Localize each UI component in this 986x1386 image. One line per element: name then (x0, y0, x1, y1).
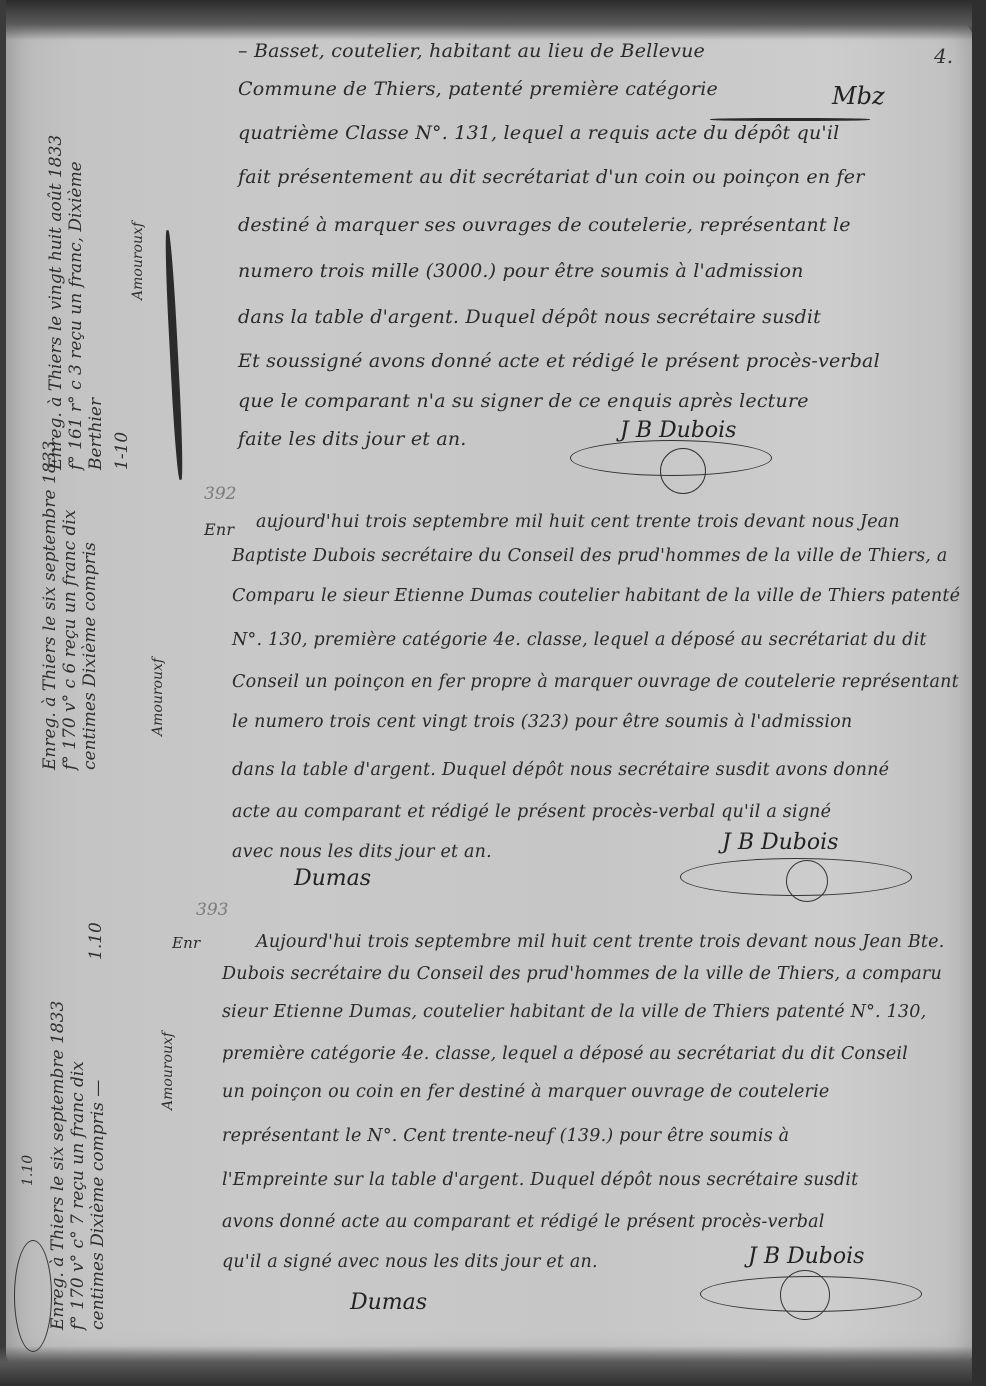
entry-3-line: Aujourd'hui trois septembre mil huit cen… (256, 932, 944, 952)
entry-3-line: l'Empreinte sur la table d'argent. Duque… (222, 1170, 858, 1190)
entry-2-line: dans la table d'argent. Duquel dépôt nou… (232, 760, 889, 780)
initials-flourish-icon (710, 118, 870, 121)
entry-3-line: représentant le N°. Cent trente-neuf (13… (222, 1126, 789, 1146)
receiver-signature-1: Amourouxf (130, 222, 146, 300)
entry-3-margin-note: Enr (172, 934, 200, 952)
entry-3-line: sieur Etienne Dumas, coutelier habitant … (222, 1002, 926, 1022)
entry-1-line: Commune de Thiers, patenté première caté… (238, 78, 718, 100)
entry-3-line: qu'il a signé avec nous les dits jour et… (222, 1252, 598, 1272)
entry-1-line: destiné à marquer ses ouvrages de coutel… (238, 214, 851, 236)
margin-note-2-line: Enreg. à Thiers le six septembre 1833 (40, 441, 60, 770)
receiver-signature-3: Amourouxf (160, 1032, 176, 1110)
margin-initials: Mbz (832, 82, 885, 110)
capital-e-flourish-icon (14, 1240, 52, 1352)
margin-note-1-fee: 1-10 (112, 432, 132, 470)
receiver-signature-2: Amourouxf (150, 658, 166, 736)
entry-2-line: Conseil un poinçon en fer propre à marqu… (232, 672, 959, 692)
signature-dumas-2: Dumas (350, 1290, 427, 1315)
entry-3-line: Dubois secrétaire du Conseil des prud'ho… (222, 964, 942, 984)
entry-2-line: avec nous les dits jour et an. (232, 842, 492, 862)
signature-flourish-icon (780, 1270, 830, 1320)
entry-2-line: Comparu le sieur Etienne Dumas coutelier… (232, 586, 960, 606)
entry-2: aujourd'hui trois septembre mil huit cen… (232, 512, 972, 852)
entry-1-line: – Basset, coutelier, habitant au lieu de… (238, 40, 705, 62)
margin-note-2-line: centimes Dixième compris (80, 441, 100, 770)
entry-3-line: avons donné acte au comparant et rédigé … (222, 1212, 825, 1232)
margin-note-1-line: f° 161 r° c 3 reçu un franc, Dixième (66, 135, 86, 470)
margin-note-3-fee-top: 1.10 (20, 1155, 36, 1186)
entry-2-line: aujourd'hui trois septembre mil huit cen… (256, 512, 900, 532)
entry-1-line: que le comparant n'a su signer de ce enq… (238, 390, 809, 412)
entry-2-line: le numero trois cent vingt trois (323) p… (232, 712, 852, 732)
margin-note-3-line: centimes Dixième compris — (88, 1001, 108, 1330)
entry-1-line: dans la table d'argent. Duquel dépôt nou… (238, 306, 821, 328)
signature-dubois-3: J B Dubois (748, 1244, 864, 1269)
entry-3-line: première catégorie 4e. classe, lequel a … (222, 1044, 908, 1064)
entry-1-line: faite les dits jour et an. (238, 428, 467, 450)
margin-note-1-line: Enreg. à Thiers le vingt huit août 1833 (46, 135, 66, 470)
margin-note-2: Enreg. à Thiers le six septembre 1833 f°… (40, 441, 100, 770)
margin-note-3-fee: 1.10 (86, 922, 106, 960)
margin-note-3: Enreg. à Thiers le six septembre 1833 f°… (48, 1001, 108, 1330)
margin-note-1: Enreg. à Thiers le vingt huit août 1833 … (46, 135, 106, 470)
margin-note-2-line: f° 170 v° c 6 reçu un franc dix (60, 441, 80, 770)
page-bottom-shadow (0, 1346, 986, 1386)
entry-3-pencil-number: 393 (196, 900, 228, 920)
signature-flourish-icon (786, 860, 828, 902)
page-top-shadow (6, 0, 974, 40)
entry-2-pencil-number: 392 (204, 484, 236, 504)
entry-3-line: un poinçon ou coin en fer destiné à marq… (222, 1082, 829, 1102)
entry-1-line: quatrième Classe N°. 131, lequel a requi… (238, 122, 839, 144)
signature-dubois-2: J B Dubois (722, 830, 838, 855)
entry-3: Aujourd'hui trois septembre mil huit cen… (222, 932, 972, 1272)
page-right-edge (972, 0, 986, 1386)
entry-2-line: N°. 130, première catégorie 4e. classe, … (232, 630, 927, 650)
entry-1-line: fait présentement au dit secrétariat d'u… (238, 166, 865, 188)
margin-note-3-line: f° 170 v° c° 7 reçu un franc dix (68, 1001, 88, 1330)
entry-2-line: Baptiste Dubois secrétaire du Conseil de… (232, 546, 947, 566)
signature-dumas-1: Dumas (294, 866, 371, 891)
margin-note-1-line: Berthier (86, 135, 106, 470)
entry-2-line: acte au comparant et rédigé le présent p… (232, 802, 831, 822)
entry-1-line: Et soussigné avons donné acte et rédigé … (238, 350, 880, 372)
entry-2-margin-note: Enr (204, 520, 234, 539)
signature-flourish-icon (660, 448, 706, 494)
entry-1-line: numero trois mille (3000.) pour être sou… (238, 260, 804, 282)
